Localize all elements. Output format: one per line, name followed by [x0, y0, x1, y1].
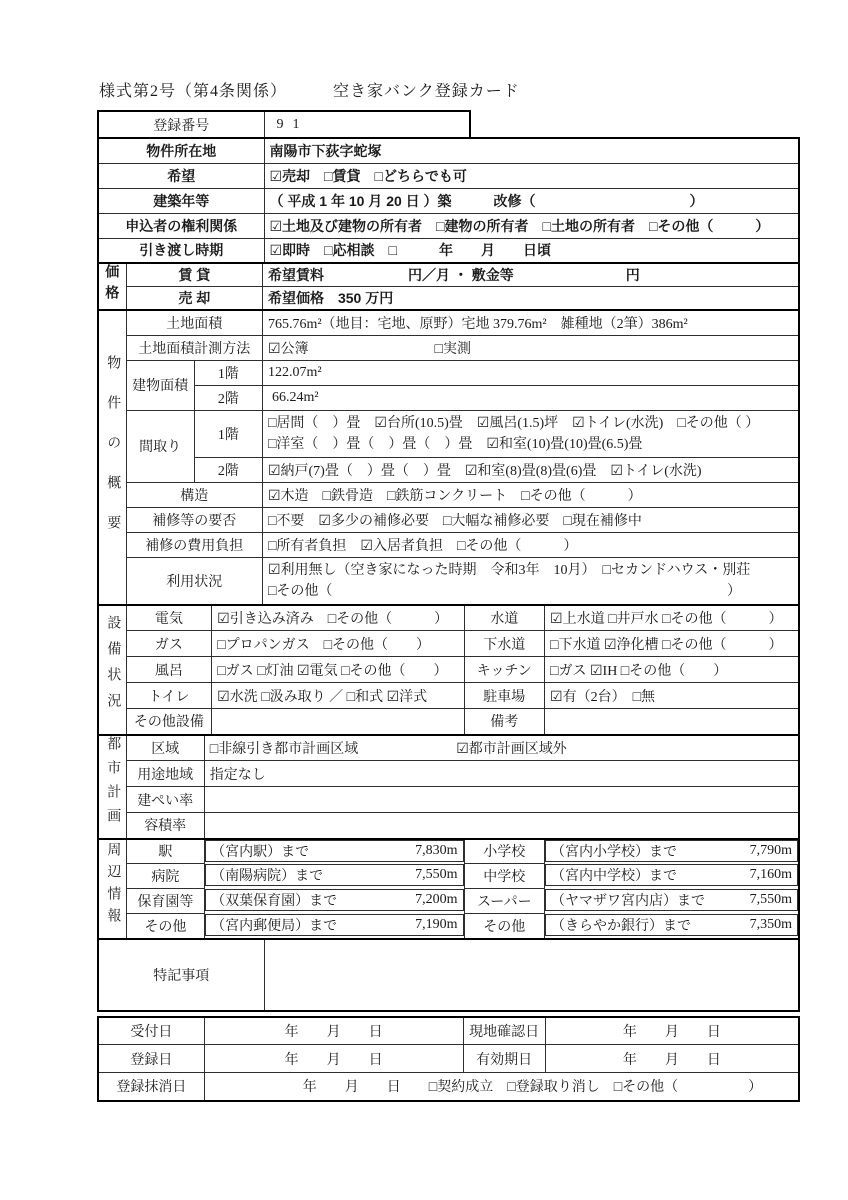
registration-number-label: 登録番号 — [98, 111, 264, 138]
usage-status-line2: □その他（ ） — [268, 581, 793, 602]
wish-checkboxes: ☑売却 □賃貸 □どちらでも可 — [264, 163, 799, 188]
floor-ratio-label: 容積率 — [126, 813, 204, 839]
supermarket-distance: （ヤマザワ宮内店）まで7,550m — [545, 889, 798, 911]
hospital-label: 病院 — [126, 864, 204, 889]
page-title: 様式第2号（第4条関係） 空き家バンク登録カード — [99, 78, 802, 101]
floor-plan-f1-line1: □居間（ ）畳 ☑台所(10.5)畳 ☑風呂(1.5)坪 ☑トイレ(水洗) □そ… — [268, 413, 793, 434]
erasure-date-label: 登録抹消日 — [98, 1073, 204, 1101]
station-meters: 7,830m — [415, 843, 457, 859]
electricity-checkboxes: ☑引き込み済み □その他（ ） — [212, 605, 464, 631]
water-label: 水道 — [464, 605, 544, 631]
coverage-ratio-value — [204, 787, 799, 813]
building-area-f2-label: 2階 — [194, 385, 262, 410]
post-office-meters: 7,190m — [415, 917, 457, 933]
registration-date-value: 年 月 日 — [204, 1045, 463, 1073]
usage-other-close: ） — [727, 581, 741, 602]
equipment-group-cell: 設備状況 — [98, 605, 126, 735]
table-row: 病院 （南陽病院）まで7,550m 中学校 （宮内中学校）まで7,160m — [98, 864, 799, 889]
registration-number-table: 登録番号 91 — [97, 110, 471, 139]
building-area-f1-label: 1階 — [194, 360, 262, 385]
price-group-label: 価格 — [105, 264, 119, 306]
junior-high-meters: 7,160m — [750, 867, 792, 883]
building-area-f1-value: 122.07m² — [262, 360, 799, 385]
registration-number-value: 91 — [264, 111, 470, 138]
surroundings-group-label: 周辺情報 — [105, 842, 119, 930]
form-title-text: 空き家バンク登録カード — [333, 78, 520, 101]
table-row: 保育園等 （双葉保育園）まで7,200m スーパー （ヤマザワ宮内店）まで7,5… — [98, 889, 799, 914]
table-row: 引き渡し時期 ☑即時 □応相談 □ 年 月 日頃 — [98, 238, 799, 263]
post-office-distance: （宮内郵便局）まで7,190m — [205, 914, 463, 936]
elementary-name: （宮内小学校）まで — [551, 841, 677, 861]
floor-plan-f1-line2: □洋室（ ）畳（ ）畳（ ）畳 ☑和室(10)畳(10)畳(6.5)畳 — [268, 434, 793, 455]
table-row: 間取り 1階 □居間（ ）畳 ☑台所(10.5)畳 ☑風呂(1.5)坪 ☑トイレ… — [98, 410, 799, 457]
site-check-date-label: 現地確認日 — [463, 1017, 545, 1045]
equipment-table: 設備状況 電気 ☑引き込み済み □その他（ ） 水道 ☑上水道 □井戸水 □その… — [97, 604, 800, 736]
table-row: 設備状況 電気 ☑引き込み済み □その他（ ） 水道 ☑上水道 □井戸水 □その… — [98, 605, 799, 631]
rights-checkboxes: ☑土地及び建物の所有者 □建物の所有者 □土地の所有者 □その他（ ） — [264, 213, 799, 238]
measure-method-label: 土地面積計測方法 — [126, 335, 262, 360]
toilet-label: トイレ — [126, 683, 211, 709]
table-row: 物件所在地 南陽市下荻字蛇塚 — [98, 138, 799, 163]
location-value: 南陽市下荻字蛇塚 — [264, 138, 799, 163]
gas-label: ガス — [126, 631, 211, 657]
table-row: 用途地域 指定なし — [98, 761, 799, 787]
other-equipment-label: その他設備 — [126, 709, 211, 735]
electricity-label: 電気 — [126, 605, 211, 631]
structure-checkboxes: ☑木造 □鉄骨造 □鉄筋コンクリート □その他（ ） — [262, 482, 799, 507]
table-row: 土地面積計測方法 ☑公簿 □実測 — [98, 335, 799, 360]
table-row: 2階 66.24m² — [98, 385, 799, 410]
usage-other-open: □その他（ — [268, 581, 332, 602]
parking-label: 駐車場 — [464, 683, 544, 709]
property-basic-table: 物件所在地 南陽市下荻字蛇塚 希望 ☑売却 □賃貸 □どちらでも可 建築年等 （… — [97, 137, 800, 264]
price-group-cell: 価格 — [98, 263, 126, 310]
table-row: 2階 ☑納戸(7)畳（ ）畳（ ）畳 ☑和室(8)畳(8)畳(6)畳 ☑トイレ(… — [98, 457, 799, 482]
kitchen-label: キッチン — [464, 657, 544, 683]
table-row: 都市計画 区域 □非線引き都市計画区域 ☑都市計画区域外 — [98, 735, 799, 761]
other2-label: その他 — [464, 914, 544, 939]
form-style-number: 様式第2号（第4条関係） — [99, 78, 287, 101]
floor-ratio-value — [204, 813, 799, 839]
nursery-name: （双葉保育園）まで — [211, 890, 337, 910]
handover-label: 引き渡し時期 — [98, 238, 264, 263]
bath-checkboxes: □ガス □灯油 ☑電気 □その他（ ） — [212, 657, 464, 683]
rent-label: 賃 貸 — [126, 263, 262, 287]
bank-name: （きらやか銀行）まで — [551, 915, 691, 935]
gas-checkboxes: □プロパンガス □その他（ ） — [212, 631, 464, 657]
table-row: 周辺情報 駅 （宮内駅）まで7,830m 小学校 （宮内小学校）まで7,790m — [98, 839, 799, 864]
hospital-meters: 7,550m — [415, 867, 457, 883]
table-row: 登録日 年 月 日 有効期日 年 月 日 — [98, 1045, 799, 1073]
handover-checkboxes: ☑即時 □応相談 □ 年 月 日頃 — [264, 238, 799, 263]
building-area-f2-value: 66.24m² — [262, 385, 799, 410]
table-row: 受付日 年 月 日 現地確認日 年 月 日 — [98, 1017, 799, 1045]
use-district-value: 指定なし — [204, 761, 799, 787]
bank-meters: 7,350m — [750, 917, 792, 933]
location-label: 物件所在地 — [98, 138, 264, 163]
elementary-meters: 7,790m — [750, 843, 792, 859]
supermarket-name: （ヤマザワ宮内店）まで — [551, 890, 705, 910]
building-area-label: 建物面積 — [126, 360, 194, 410]
table-row: 構造 ☑木造 □鉄骨造 □鉄筋コンクリート □その他（ ） — [98, 482, 799, 507]
table-row: ガス □プロパンガス □その他（ ） 下水道 □下水道 ☑浄化槽 □その他（ ） — [98, 631, 799, 657]
kitchen-checkboxes: □ガス ☑IH □その他（ ） — [545, 657, 799, 683]
coverage-ratio-label: 建ぺい率 — [126, 787, 204, 813]
expiry-date-label: 有効期日 — [463, 1045, 545, 1073]
floor-plan-f1-label: 1階 — [194, 410, 262, 457]
remarks-label: 備考 — [464, 709, 544, 735]
bank-distance: （きらやか銀行）まで7,350m — [545, 914, 798, 936]
erasure-date-value: 年 月 日 □契約成立 □登録取り消し □その他（ ） — [204, 1073, 799, 1101]
admin-dates-table: 受付日 年 月 日 現地確認日 年 月 日 登録日 年 月 日 有効期日 年 月… — [97, 1016, 800, 1102]
table-row: 申込者の権利関係 ☑土地及び建物の所有者 □建物の所有者 □土地の所有者 □その… — [98, 213, 799, 238]
built-year-label: 建築年等 — [98, 188, 264, 213]
usage-status-value: ☑利用無し（空き家になった時期 令和3年 10月） □セカンドハウス・別荘 □そ… — [262, 557, 799, 605]
site-check-date-value: 年 月 日 — [545, 1017, 799, 1045]
bath-label: 風呂 — [126, 657, 211, 683]
sewer-checkboxes: □下水道 ☑浄化槽 □その他（ ） — [545, 631, 799, 657]
table-row: 風呂 □ガス □灯油 ☑電気 □その他（ ） キッチン □ガス ☑IH □その他… — [98, 657, 799, 683]
rights-label: 申込者の権利関係 — [98, 213, 264, 238]
built-year-value: （ 平成 1 年 10 月 20 日 ）築 改修（ ） — [264, 188, 799, 213]
city-planning-table: 都市計画 区域 □非線引き都市計画区域 ☑都市計画区域外 用途地域 指定なし 建… — [97, 734, 800, 840]
floor-plan-f1-value: □居間（ ）畳 ☑台所(10.5)畳 ☑風呂(1.5)坪 ☑トイレ(水洗) □そ… — [262, 410, 799, 457]
use-district-label: 用途地域 — [126, 761, 204, 787]
planning-group-label: 都市計画 — [105, 736, 119, 832]
other1-label: その他 — [126, 914, 204, 939]
junior-high-label: 中学校 — [464, 864, 544, 889]
hospital-name: （南陽病院）まで — [211, 865, 323, 885]
nursery-distance: （双葉保育園）まで7,200m — [205, 889, 463, 911]
price-table: 価格 賃 貸 希望賃料 円／月 ・ 敷金等 円 売 却 希望価格 350 万円 — [97, 262, 800, 311]
reception-date-label: 受付日 — [98, 1017, 204, 1045]
overview-group-label: 物件の概要 — [105, 355, 119, 555]
overview-group-cell: 物件の概要 — [98, 310, 126, 605]
table-row: 利用状況 ☑利用無し（空き家になった時期 令和3年 10月） □セカンドハウス・… — [98, 557, 799, 605]
property-overview-table: 物件の概要 土地面積 765.76m²（地目：宅地、原野）宅地 379.76m²… — [97, 309, 800, 606]
station-name: （宮内駅）まで — [211, 841, 309, 861]
water-checkboxes: ☑上水道 □井戸水 □その他（ ） — [545, 605, 799, 631]
junior-high-name: （宮内中学校）まで — [551, 865, 677, 885]
wish-label: 希望 — [98, 163, 264, 188]
zone-label: 区域 — [126, 735, 204, 761]
nursery-label: 保育園等 — [126, 889, 204, 914]
repair-cost-checkboxes: □所有者負担 ☑入居者負担 □その他（ ） — [262, 532, 799, 557]
land-area-label: 土地面積 — [126, 310, 262, 335]
special-notes-label: 特記事項 — [98, 939, 264, 1011]
hospital-distance: （南陽病院）まで7,550m — [205, 864, 463, 886]
expiry-date-value: 年 月 日 — [545, 1045, 799, 1073]
elementary-distance: （宮内小学校）まで7,790m — [545, 840, 798, 862]
table-row: 物件の概要 土地面積 765.76m²（地目：宅地、原野）宅地 379.76m²… — [98, 310, 799, 335]
structure-label: 構造 — [126, 482, 262, 507]
toilet-checkboxes: ☑水洗 □汲み取り ／ □和式 ☑洋式 — [212, 683, 464, 709]
surroundings-group-cell: 周辺情報 — [98, 839, 126, 939]
measure-method-checkboxes: ☑公簿 □実測 — [262, 335, 799, 360]
table-row: 建ぺい率 — [98, 787, 799, 813]
elementary-label: 小学校 — [464, 839, 544, 864]
table-row: 容積率 — [98, 813, 799, 839]
repair-need-label: 補修等の要否 — [126, 507, 262, 532]
nursery-meters: 7,200m — [415, 892, 457, 908]
table-row: その他 （宮内郵便局）まで7,190m その他 （きらやか銀行）まで7,350m — [98, 914, 799, 939]
equipment-group-label: 設備状況 — [105, 615, 119, 719]
floor-plan-label: 間取り — [126, 410, 194, 482]
floor-plan-f2-value: ☑納戸(7)畳（ ）畳（ ）畳 ☑和室(8)畳(8)畳(6)畳 ☑トイレ(水洗) — [262, 457, 799, 482]
station-label: 駅 — [126, 839, 204, 864]
table-row: 登録抹消日 年 月 日 □契約成立 □登録取り消し □その他（ ） — [98, 1073, 799, 1101]
registration-card-sheet: 様式第2号（第4条関係） 空き家バンク登録カード 登録番号 91 物件所在地 南… — [97, 78, 802, 1102]
usage-status-label: 利用状況 — [126, 557, 262, 605]
parking-checkboxes: ☑有（2台） □無 — [545, 683, 799, 709]
remarks-value — [545, 709, 799, 735]
table-row: 建物面積 1階 122.07m² — [98, 360, 799, 385]
land-area-value: 765.76m²（地目：宅地、原野）宅地 379.76m² 雑種地（2筆）386… — [262, 310, 799, 335]
table-row: 価格 賃 貸 希望賃料 円／月 ・ 敷金等 円 — [98, 263, 799, 287]
table-row: 補修の費用負担 □所有者負担 ☑入居者負担 □その他（ ） — [98, 532, 799, 557]
floor-plan-f2-label: 2階 — [194, 457, 262, 482]
table-row: 建築年等 （ 平成 1 年 10 月 20 日 ）築 改修（ ） — [98, 188, 799, 213]
table-row: 補修等の要否 □不要 ☑多少の補修必要 □大幅な補修必要 □現在補修中 — [98, 507, 799, 532]
supermarket-label: スーパー — [464, 889, 544, 914]
supermarket-meters: 7,550m — [750, 892, 792, 908]
planning-group-cell: 都市計画 — [98, 735, 126, 839]
table-row: トイレ ☑水洗 □汲み取り ／ □和式 ☑洋式 駐車場 ☑有（2台） □無 — [98, 683, 799, 709]
usage-status-line1: ☑利用無し（空き家になった時期 令和3年 10月） □セカンドハウス・別荘 — [268, 560, 793, 581]
reception-date-value: 年 月 日 — [204, 1017, 463, 1045]
post-office-name: （宮内郵便局）まで — [211, 915, 337, 935]
table-row: その他設備 備考 — [98, 709, 799, 735]
registration-date-label: 登録日 — [98, 1045, 204, 1073]
repair-cost-label: 補修の費用負担 — [126, 532, 262, 557]
rent-value: 希望賃料 円／月 ・ 敷金等 円 — [262, 263, 799, 287]
zone-checkboxes: □非線引き都市計画区域 ☑都市計画区域外 — [204, 735, 799, 761]
table-row: 特記事項 — [98, 939, 799, 1011]
sale-price-value: 希望価格 350 万円 — [262, 287, 799, 311]
table-row: 希望 ☑売却 □賃貸 □どちらでも可 — [98, 163, 799, 188]
station-distance: （宮内駅）まで7,830m — [205, 840, 463, 862]
special-notes-table: 特記事項 — [97, 938, 800, 1012]
sale-label: 売 却 — [126, 287, 262, 311]
repair-need-checkboxes: □不要 ☑多少の補修必要 □大幅な補修必要 □現在補修中 — [262, 507, 799, 532]
special-notes-value — [264, 939, 799, 1011]
other-equipment-value — [212, 709, 464, 735]
sewer-label: 下水道 — [464, 631, 544, 657]
table-row: 売 却 希望価格 350 万円 — [98, 287, 799, 311]
junior-high-distance: （宮内中学校）まで7,160m — [545, 864, 798, 886]
surroundings-table: 周辺情報 駅 （宮内駅）まで7,830m 小学校 （宮内小学校）まで7,790m… — [97, 838, 800, 940]
